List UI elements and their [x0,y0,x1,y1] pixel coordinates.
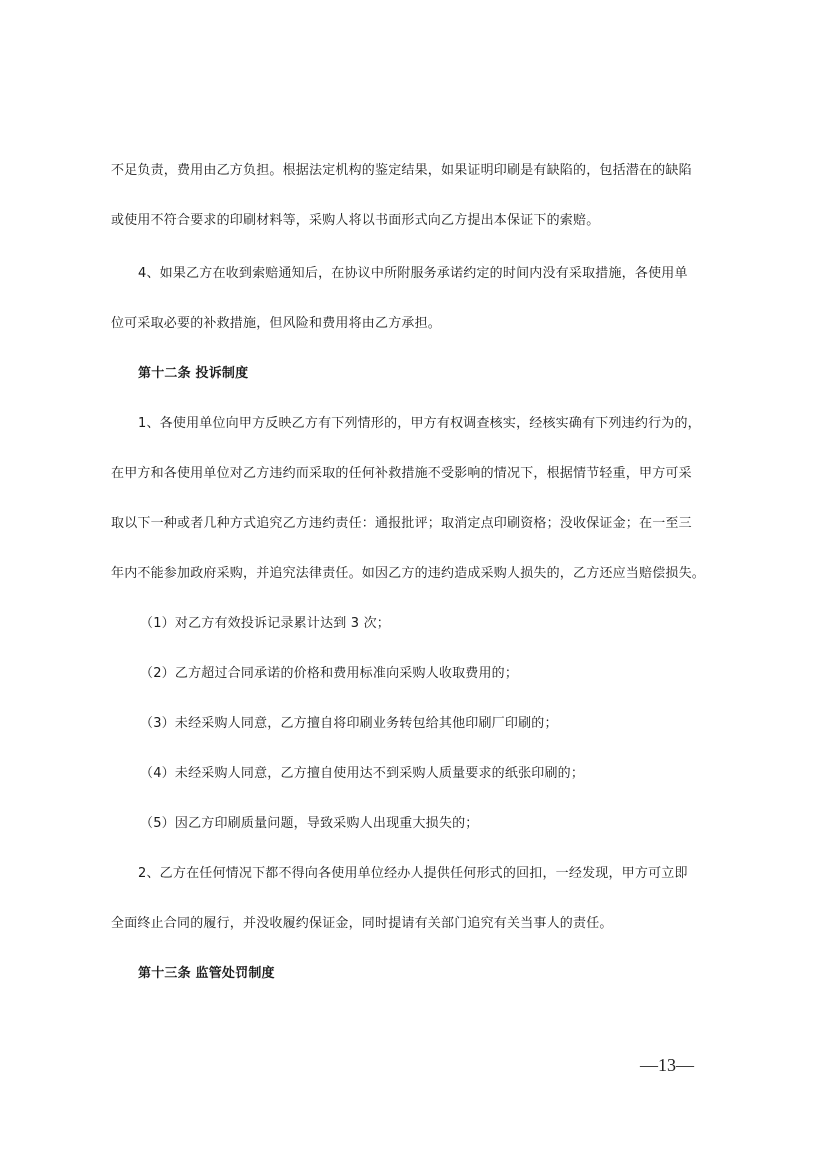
paragraph-line: 在甲方和各使用单位对乙方违约而采取的任何补救措施不受影响的情况下，根据情节轻重，… [111,466,692,482]
list-item: （1）对乙方有效投诉记录累计达到 3 次； [140,616,390,632]
page-number: —13— [640,1055,694,1076]
section-heading: 第十二条 投诉制度 [138,366,248,382]
paragraph-line: 全面终止合同的履行，并没收履约保证金，同时提请有关部门追究有关当事人的责任。 [111,916,613,932]
paragraph-line: 年内不能参加政府采购，并追究法律责任。如因乙方的违约造成采购人损失的，乙方还应当… [111,566,705,582]
paragraph-line: 或使用不符合要求的印刷材料等，采购人将以书面形式向乙方提出本保证下的索赔。 [111,213,599,229]
list-item: （2）乙方超过合同承诺的价格和费用标准向采购人收取费用的； [140,666,518,682]
list-item: （3）未经采购人同意，乙方擅自将印刷业务转包给其他印刷厂印刷的； [140,716,558,732]
section-heading: 第十三条 监管处罚制度 [138,966,275,982]
paragraph-line: 1、各使用单位向甲方反映乙方有下列情形的，甲方有权调查核实，经核实确有下列违约行… [138,416,701,432]
list-item: （5）因乙方印刷质量问题，导致采购人出现重大损失的； [140,816,478,832]
paragraph-line: 位可采取必要的补救措施，但风险和费用将由乙方承担。 [111,316,441,332]
list-item: （4）未经采购人同意，乙方擅自使用达不到采购人质量要求的纸张印刷的； [140,766,584,782]
paragraph-line: 2、乙方在任何情况下都不得向各使用单位经办人提供任何形式的回扣，一经发现，甲方可… [138,866,688,882]
paragraph-line: 4、如果乙方在收到索赔通知后，在协议中所附服务承诺约定的时间内没有采取措施，各使… [138,266,688,282]
paragraph-line: 不足负责，费用由乙方负担。根据法定机构的鉴定结果，如果证明印刷是有缺陷的，包括潜… [111,163,692,179]
paragraph-line: 取以下一种或者几种方式追究乙方违约责任：通报批评；取消定点印刷资格；没收保证金；… [111,516,692,532]
